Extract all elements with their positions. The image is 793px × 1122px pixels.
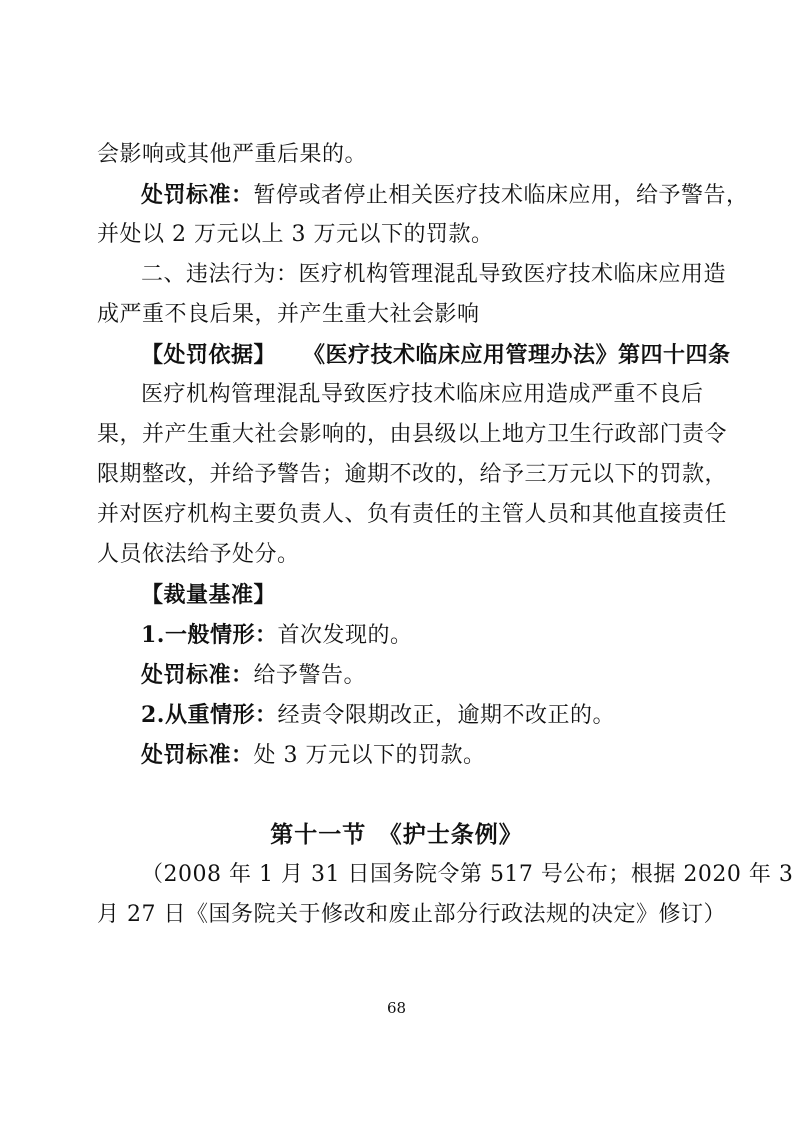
text-line: 并对医疗机构主要负责人、负有责任的主管人员和其他直接责任 [97,495,696,535]
text-line: 处罚标准：给予警告。 [97,655,696,695]
text-run: 会影响或其他严重后果的。 [97,142,367,167]
text-run: 并处以 2 万元以上 3 万元以下的罚款。 [97,222,493,247]
text-line: 处罚标准：处 3 万元以下的罚款。 [97,735,696,775]
bold-text-run: 处罚标准： [141,662,254,688]
text-run: 人员依法给予处分。 [97,542,300,567]
text-line: 2.从重情形：经责令限期改正，逾期不改正的。 [97,695,696,735]
text-line: 会影响或其他严重后果的。 [97,135,696,175]
text-run: （2008 年 1 月 31 日国务院令第 517 号公布；根据 2020 年 … [141,862,793,887]
text-run: 并对医疗机构主要负责人、负有责任的主管人员和其他直接责任 [97,502,727,527]
text-run: 医疗机构管理混乱导致医疗技术临床应用造成严重不良后 [141,382,704,407]
bold-text-run: 2.从重情形： [141,702,277,728]
text-line: 【处罚依据】《医疗技术临床应用管理办法》第四十四条 [97,335,696,375]
bold-text-run: 【处罚依据】 [141,342,276,368]
text-line: 1.一般情形：首次发现的。 [97,615,696,655]
text-line: 成严重不良后果，并产生重大社会影响 [97,295,696,335]
bold-text-run: 1.一般情形： [141,622,277,648]
bold-text-run: 【裁量基准】 [141,582,276,608]
document-body: 会影响或其他严重后果的。处罚标准：暂停或者停止相关医疗技术临床应用，给予警告，并… [97,135,696,935]
text-run: 果，并产生重大社会影响的，由县级以上地方卫生行政部门责令 [97,422,727,447]
section-heading: 第十一节 《护士条例》 [97,815,696,855]
text-run: 处 3 万元以下的罚款。 [254,743,486,768]
text-line: 处罚标准：暂停或者停止相关医疗技术临床应用，给予警告， [97,175,696,215]
page-number: 68 [0,998,793,1018]
text-line: 人员依法给予处分。 [97,535,696,575]
text-line: 并处以 2 万元以上 3 万元以下的罚款。 [97,215,696,255]
bold-text-run: 处罚标准： [141,742,254,768]
text-line: 果，并产生重大社会影响的，由县级以上地方卫生行政部门责令 [97,415,696,455]
text-run: 给予警告。 [254,663,367,688]
text-line: （2008 年 1 月 31 日国务院令第 517 号公布；根据 2020 年 … [97,855,696,895]
text-run: 限期整改，并给予警告；逾期不改的，给予三万元以下的罚款， [97,462,727,487]
bold-text-run: 处罚标准： [141,182,254,208]
text-run: 成严重不良后果，并产生重大社会影响 [97,302,480,327]
text-run: 二、违法行为：医疗机构管理混乱导致医疗技术临床应用造 [141,262,726,287]
text-line: 月 27 日《国务院关于修改和废止部分行政法规的决定》修订） [97,895,696,935]
text-run: 月 27 日《国务院关于修改和废止部分行政法规的决定》修订） [97,902,726,927]
text-line: 二、违法行为：医疗机构管理混乱导致医疗技术临床应用造 [97,255,696,295]
text-line: 【裁量基准】 [97,575,696,615]
text-line: 医疗机构管理混乱导致医疗技术临床应用造成严重不良后 [97,375,696,415]
text-run: 第十一节 《护士条例》 [270,822,523,848]
text-run: 暂停或者停止相关医疗技术临床应用，给予警告， [254,183,749,208]
document-page: 会影响或其他严重后果的。处罚标准：暂停或者停止相关医疗技术临床应用，给予警告，并… [0,0,793,1122]
text-line: 限期整改，并给予警告；逾期不改的，给予三万元以下的罚款， [97,455,696,495]
text-run: 首次发现的。 [277,623,412,648]
text-run: 经责令限期改正，逾期不改正的。 [277,703,615,728]
bold-text-run: 《医疗技术临床应用管理办法》第四十四条 [314,342,731,368]
blank-line [97,775,696,815]
